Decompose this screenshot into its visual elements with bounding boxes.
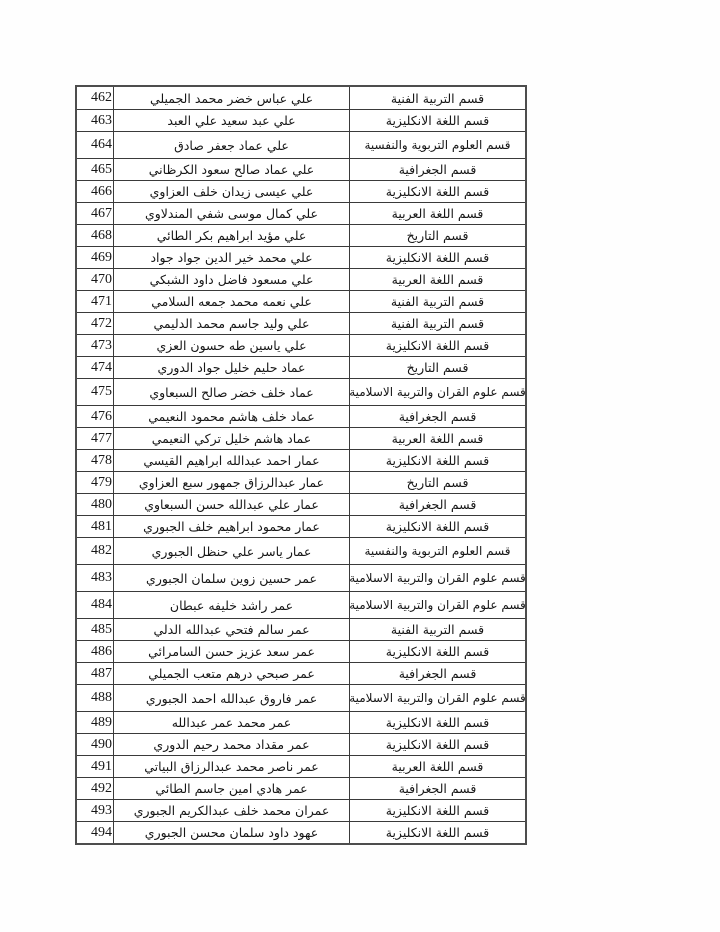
staff-department-table: 462 علي عباس خضر محمد الجميلي قسم التربي…: [75, 85, 527, 845]
table-row: 474 عماد حليم خليل جواد الدوري قسم التار…: [77, 356, 525, 378]
department-name: قسم التربية الفنية: [350, 87, 525, 109]
department-name: قسم اللغة الانكليزية: [350, 247, 525, 268]
department-name: قسم اللغة الانكليزية: [350, 181, 525, 202]
row-number: 467: [77, 203, 114, 224]
row-number: 484: [77, 592, 114, 618]
person-name: عمر محمد عمر عبدالله: [114, 712, 350, 733]
row-number: 480: [77, 494, 114, 515]
department-name: قسم اللغة العربية: [350, 756, 525, 777]
table-row: 483 عمر حسين زوين سلمان الجبوري قسم علوم…: [77, 564, 525, 591]
department-name: قسم اللغة العربية: [350, 269, 525, 290]
row-number: 465: [77, 159, 114, 180]
row-number: 490: [77, 734, 114, 755]
row-number: 475: [77, 379, 114, 405]
person-name: عماد هاشم خليل تركي النعيمي: [114, 428, 350, 449]
person-name: علي عبد سعيد علي العبد: [114, 110, 350, 131]
table-row: 488 عمر فاروق عبدالله احمد الجبوري قسم ع…: [77, 684, 525, 711]
department-name: قسم اللغة الانكليزية: [350, 335, 525, 356]
person-name: عمر راشد خليفه عبطان: [114, 592, 350, 618]
department-name: قسم التربية الفنية: [350, 291, 525, 312]
table-row: 466 علي عيسى زيدان خلف العزاوي قسم اللغة…: [77, 180, 525, 202]
table-row: 489 عمر محمد عمر عبدالله قسم اللغة الانك…: [77, 711, 525, 733]
table-row: 462 علي عباس خضر محمد الجميلي قسم التربي…: [77, 87, 525, 109]
person-name: عماد خلف خضر صالح السبعاوي: [114, 379, 350, 405]
department-name: قسم الجغرافية: [350, 778, 525, 799]
person-name: عماد حليم خليل جواد الدوري: [114, 357, 350, 378]
row-number: 485: [77, 619, 114, 640]
row-number: 464: [77, 132, 114, 158]
department-name: قسم الجغرافية: [350, 494, 525, 515]
person-name: عهود داود سلمان محسن الجبوري: [114, 822, 350, 843]
row-number: 473: [77, 335, 114, 356]
person-name: علي عيسى زيدان خلف العزاوي: [114, 181, 350, 202]
person-name: علي محمد خير الدين جواد جواد: [114, 247, 350, 268]
department-name: قسم التاريخ: [350, 472, 525, 493]
department-name: قسم التاريخ: [350, 357, 525, 378]
row-number: 476: [77, 406, 114, 427]
table-row: 491 عمر ناصر محمد عبدالرزاق البياتي قسم …: [77, 755, 525, 777]
department-name: قسم اللغة الانكليزية: [350, 734, 525, 755]
row-number: 479: [77, 472, 114, 493]
table-row: 465 علي عماد صالح سعود الكرظاني قسم الجغ…: [77, 158, 525, 180]
person-name: عماد خلف هاشم محمود النعيمي: [114, 406, 350, 427]
row-number: 470: [77, 269, 114, 290]
department-name: قسم اللغة الانكليزية: [350, 110, 525, 131]
department-name: قسم علوم القران والتربية الاسلامية: [350, 379, 525, 405]
row-number: 462: [77, 87, 114, 109]
person-name: علي مسعود فاضل داود الشبكي: [114, 269, 350, 290]
row-number: 477: [77, 428, 114, 449]
table-row: 494 عهود داود سلمان محسن الجبوري قسم الل…: [77, 821, 525, 843]
department-name: قسم اللغة الانكليزية: [350, 641, 525, 662]
row-number: 483: [77, 565, 114, 591]
table-row: 479 عمار عبدالرزاق جمهور سبع العزاوي قسم…: [77, 471, 525, 493]
row-number: 474: [77, 357, 114, 378]
department-name: قسم العلوم التربوية والنفسية: [350, 538, 525, 564]
table-row: 475 عماد خلف خضر صالح السبعاوي قسم علوم …: [77, 378, 525, 405]
table-row: 486 عمر سعد عزيز حسن السامرائي قسم اللغة…: [77, 640, 525, 662]
row-number: 469: [77, 247, 114, 268]
person-name: عمار ياسر علي حنظل الجبوري: [114, 538, 350, 564]
person-name: علي وليد جاسم محمد الدليمي: [114, 313, 350, 334]
department-name: قسم التاريخ: [350, 225, 525, 246]
department-name: قسم اللغة الانكليزية: [350, 822, 525, 843]
table-row: 467 علي كمال موسى شفي المندلاوي قسم اللغ…: [77, 202, 525, 224]
table-row: 472 علي وليد جاسم محمد الدليمي قسم الترب…: [77, 312, 525, 334]
person-name: عمر حسين زوين سلمان الجبوري: [114, 565, 350, 591]
table-row: 482 عمار ياسر علي حنظل الجبوري قسم العلو…: [77, 537, 525, 564]
row-number: 493: [77, 800, 114, 821]
person-name: علي نعمه محمد جمعه السلامي: [114, 291, 350, 312]
department-name: قسم اللغة العربية: [350, 428, 525, 449]
table-row: 490 عمر مقداد محمد رحيم الدوري قسم اللغة…: [77, 733, 525, 755]
table-row: 470 علي مسعود فاضل داود الشبكي قسم اللغة…: [77, 268, 525, 290]
row-number: 482: [77, 538, 114, 564]
department-name: قسم الجغرافية: [350, 406, 525, 427]
department-name: قسم اللغة الانكليزية: [350, 800, 525, 821]
table-row: 473 علي ياسين طه حسون العزي قسم اللغة ال…: [77, 334, 525, 356]
scanned-document-page: 462 علي عباس خضر محمد الجميلي قسم التربي…: [0, 0, 720, 932]
row-number: 487: [77, 663, 114, 684]
row-number: 488: [77, 685, 114, 711]
person-name: عمران محمد خلف عبدالكريم الجبوري: [114, 800, 350, 821]
department-name: قسم الجغرافية: [350, 663, 525, 684]
department-name: قسم اللغة الانكليزية: [350, 516, 525, 537]
department-name: قسم التربية الفنية: [350, 313, 525, 334]
row-number: 471: [77, 291, 114, 312]
person-name: عمر سعد عزيز حسن السامرائي: [114, 641, 350, 662]
table-row: 492 عمر هادي امين جاسم الطائي قسم الجغرا…: [77, 777, 525, 799]
person-name: عمار محمود ابراهيم خلف الجبوري: [114, 516, 350, 537]
table-row: 478 عمار احمد عبدالله ابراهيم القيسي قسم…: [77, 449, 525, 471]
table-row: 493 عمران محمد خلف عبدالكريم الجبوري قسم…: [77, 799, 525, 821]
table-row: 468 علي مؤيد ابراهيم بكر الطائي قسم التا…: [77, 224, 525, 246]
person-name: عمر سالم فتحي عبدالله الدلي: [114, 619, 350, 640]
person-name: عمر مقداد محمد رحيم الدوري: [114, 734, 350, 755]
person-name: عمار احمد عبدالله ابراهيم القيسي: [114, 450, 350, 471]
table-row: 481 عمار محمود ابراهيم خلف الجبوري قسم ا…: [77, 515, 525, 537]
table-row: 463 علي عبد سعيد علي العبد قسم اللغة الا…: [77, 109, 525, 131]
department-name: قسم علوم القران والتربية الاسلامية: [350, 565, 525, 591]
row-number: 468: [77, 225, 114, 246]
row-number: 489: [77, 712, 114, 733]
table-row: 476 عماد خلف هاشم محمود النعيمي قسم الجغ…: [77, 405, 525, 427]
row-number: 492: [77, 778, 114, 799]
table-row: 464 علي عماد جعفر صادق قسم العلوم التربو…: [77, 131, 525, 158]
person-name: علي مؤيد ابراهيم بكر الطائي: [114, 225, 350, 246]
person-name: علي عماد صالح سعود الكرظاني: [114, 159, 350, 180]
person-name: علي ياسين طه حسون العزي: [114, 335, 350, 356]
department-name: قسم اللغة العربية: [350, 203, 525, 224]
person-name: علي عباس خضر محمد الجميلي: [114, 87, 350, 109]
row-number: 494: [77, 822, 114, 843]
table-row: 487 عمر صبحي درهم متعب الجميلي قسم الجغر…: [77, 662, 525, 684]
row-number: 491: [77, 756, 114, 777]
department-name: قسم العلوم التربوية والنفسية: [350, 132, 525, 158]
department-name: قسم اللغة الانكليزية: [350, 712, 525, 733]
table-row: 484 عمر راشد خليفه عبطان قسم علوم القران…: [77, 591, 525, 618]
table-row: 485 عمر سالم فتحي عبدالله الدلي قسم التر…: [77, 618, 525, 640]
row-number: 478: [77, 450, 114, 471]
person-name: عمر فاروق عبدالله احمد الجبوري: [114, 685, 350, 711]
person-name: عمار علي عبدالله حسن السبعاوي: [114, 494, 350, 515]
table-row: 480 عمار علي عبدالله حسن السبعاوي قسم ال…: [77, 493, 525, 515]
person-name: عمر صبحي درهم متعب الجميلي: [114, 663, 350, 684]
department-name: قسم اللغة الانكليزية: [350, 450, 525, 471]
person-name: علي عماد جعفر صادق: [114, 132, 350, 158]
department-name: قسم التربية الفنية: [350, 619, 525, 640]
table-row: 477 عماد هاشم خليل تركي النعيمي قسم اللغ…: [77, 427, 525, 449]
department-name: قسم علوم القران والتربية الاسلامية: [350, 592, 525, 618]
row-number: 466: [77, 181, 114, 202]
person-name: عمر ناصر محمد عبدالرزاق البياتي: [114, 756, 350, 777]
row-number: 481: [77, 516, 114, 537]
person-name: علي كمال موسى شفي المندلاوي: [114, 203, 350, 224]
row-number: 463: [77, 110, 114, 131]
table-row: 471 علي نعمه محمد جمعه السلامي قسم الترب…: [77, 290, 525, 312]
person-name: عمر هادي امين جاسم الطائي: [114, 778, 350, 799]
row-number: 472: [77, 313, 114, 334]
table-row: 469 علي محمد خير الدين جواد جواد قسم الل…: [77, 246, 525, 268]
department-name: قسم علوم القران والتربية الاسلامية: [350, 685, 525, 711]
person-name: عمار عبدالرزاق جمهور سبع العزاوي: [114, 472, 350, 493]
row-number: 486: [77, 641, 114, 662]
department-name: قسم الجغرافية: [350, 159, 525, 180]
